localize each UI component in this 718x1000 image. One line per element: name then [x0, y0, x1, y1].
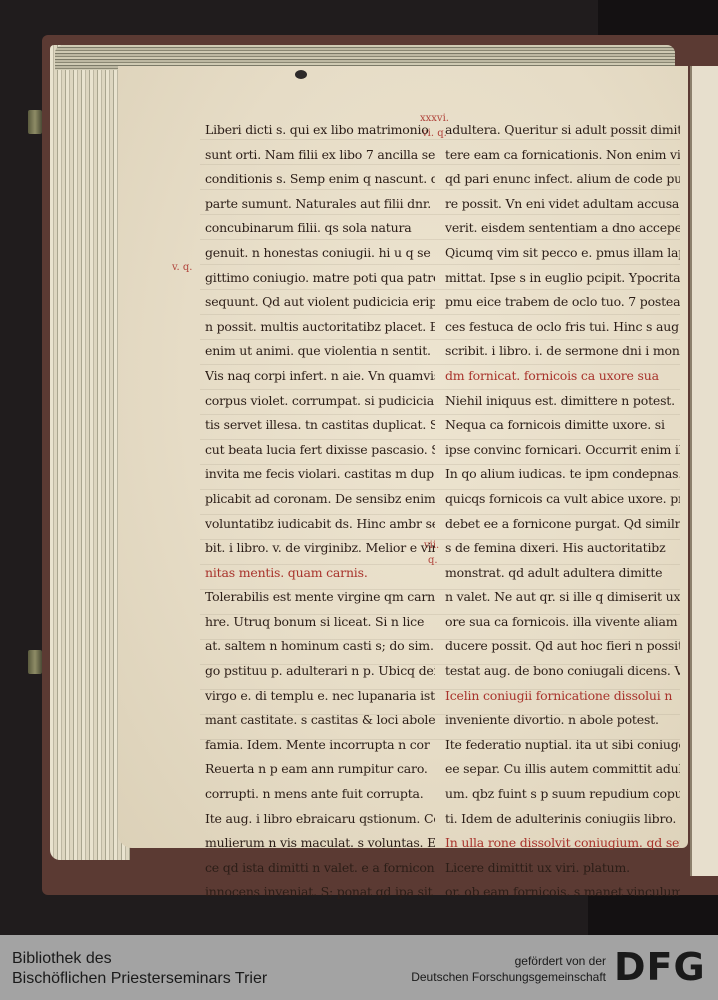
text-line: or. ob eam fornicois. s manet vinculum p [445, 880, 680, 905]
text-line: genuit. n honestas coniugii. hi u q se d… [205, 241, 435, 266]
facing-page-edge [690, 66, 718, 876]
text-line: quicqs fornicois ca vult abice uxore. pr… [445, 487, 680, 512]
text-line: ore sua ca fornicois. illa vivente aliam [445, 610, 680, 635]
library-line-1: Bibliothek des [12, 949, 267, 969]
text-line: n possit. multis auctoritatibz placet. E… [205, 315, 435, 340]
text-line: n valet. Ne aut qr. si ille q dimiserit … [445, 585, 680, 610]
text-line: inveniente divortio. n abole potest. [445, 708, 680, 733]
text-line: virgo e. di templu e. nec lupanaria ista [205, 684, 435, 709]
text-line: um. qbz fuint s p suum repudium copula [445, 782, 680, 807]
text-line: qd pari enunc infect. alium de code puni [445, 167, 680, 192]
text-line: Licere dimittit ux viri. platum. [445, 856, 680, 881]
text-line: voluntatibz iudicabit ds. Hinc ambr se [205, 512, 435, 537]
text-line: mittat. Ipse s in euglio pcipit. Ypocrit… [445, 266, 680, 291]
text-line: invita me fecis violari. castitas m dup [205, 462, 435, 487]
funding-line-2: Deutschen Forschungsgemeinschaft [411, 969, 606, 985]
text-line: mulierum n vis maculat. s voluntas. Ec [205, 831, 435, 856]
text-column-right: adultera. Queritur si adult possit dimit… [445, 118, 680, 905]
text-line: scribit. i libro. i. de sermone dni i mo… [445, 339, 680, 364]
text-line: adultera. Queritur si adult possit dimit [445, 118, 680, 143]
text-line: innocens inveniat. S; ponat qd ipa sit [205, 880, 435, 905]
rubric-line: nitas mentis. quam carnis. [205, 561, 435, 586]
text-line: testat aug. de bono coniugali dicens. Vi [445, 659, 680, 684]
funding-credit: gefördert von der Deutschen Forschungsge… [411, 953, 606, 985]
text-column-left: Liberi dicti s. qui ex libo matrimonio s… [205, 118, 435, 905]
rubric-line: Icelin coniugii fornicatione dissolui n [445, 684, 680, 709]
text-line: cut beata lucia fert dixisse pascasio. S… [205, 438, 435, 463]
ink-blot [295, 70, 307, 79]
library-line-2: Bischöflichen Priesterseminars Trier [12, 969, 267, 989]
text-line: ee separ. Cu illis autem committit adult… [445, 757, 680, 782]
text-line: bit. i libro. v. de virginibz. Melior e … [205, 536, 435, 561]
text-line: s de femina dixeri. His auctoritatibz [445, 536, 680, 561]
text-line: tere eam ca fornicationis. Non enim vide [445, 143, 680, 168]
text-line: mant castitate. s castitas & loci abolet… [205, 708, 435, 733]
text-line: conditionis s. Semp enim q nascunt. dete… [205, 167, 435, 192]
text-line: In qo alium iudicas. te ipm condepnas. Q… [445, 462, 680, 487]
text-line: enim ut animi. que violentia n sentit. [205, 339, 435, 364]
text-line: Qicumq vim sit pecco e. pmus illam lapid… [445, 241, 680, 266]
text-line: verit. eisdem sententiam a dno acceperun… [445, 216, 680, 241]
text-line: ipse convinc fornicari. Occurrit enim il… [445, 438, 680, 463]
text-line: monstrat. qd adult adultera dimitte [445, 561, 680, 586]
text-line: corrupti. n mens ante fuit corrupta. [205, 782, 435, 807]
text-line: gittimo coniugio. matre poti qua patre [205, 266, 435, 291]
text-line: Ite federatio nuptial. ita ut sibi coniu… [445, 733, 680, 758]
marginal-note: v. q. [172, 262, 192, 273]
clasp-icon [28, 650, 42, 674]
text-line: re possit. Vn eni videt adultam accusa [445, 192, 680, 217]
library-name: Bibliothek des Bischöflichen Priestersem… [12, 949, 267, 989]
text-line: famia. Idem. Mente incorrupta n cor [205, 733, 435, 758]
text-line: corpus violet. corrumpat. si pudicicia m… [205, 389, 435, 414]
text-line: Niehil iniquus est. dimittere n potest. [445, 389, 680, 414]
text-line: ces festuca de oclo fris tui. Hinc s aug [445, 315, 680, 340]
text-line: tis servet illesa. tn castitas duplicat.… [205, 413, 435, 438]
funding-line-1: gefördert von der [411, 953, 606, 969]
text-line: sunt orti. Nam filii ex libo 7 ancilla s… [205, 143, 435, 168]
rubric-line: In ulla rone dissolvit coniugium. qd sem… [445, 831, 680, 856]
text-line: Ite aug. i libro ebraicaru qstionum. Cor… [205, 807, 435, 832]
text-line: ti. Idem de adulterinis coniugiis libro.… [445, 807, 680, 832]
text-line: sequunt. Qd aut violent pudicicia eripi [205, 290, 435, 315]
clasp-icon [28, 110, 42, 134]
text-line: pmu eice trabem de oclo tuo. 7 postea ed… [445, 290, 680, 315]
text-line: Nequa ca fornicois dimitte uxore. si [445, 413, 680, 438]
text-line: concubinarum filii. qs sola natura [205, 216, 435, 241]
text-line: parte sumunt. Naturales aut filii dnr. i… [205, 192, 435, 217]
text-line: ce qd ista dimitti n valet. e a fornicon… [205, 856, 435, 881]
footer-banner: Bibliothek des Bischöflichen Priestersem… [0, 935, 718, 1000]
text-line: ducere possit. Qd aut hoc fieri n possit… [445, 634, 680, 659]
dfg-logo: DFG [614, 947, 706, 987]
text-line: Vis naq corpi infert. n aie. Vn quamvis [205, 364, 435, 389]
rubric-line: dm fornicat. fornicois ca uxore sua [445, 364, 680, 389]
text-line: go pstituu p. adulterari n p. Ubicq dei [205, 659, 435, 684]
text-line: at. saltem n hominum casti s; do sim. Vi… [205, 634, 435, 659]
text-line: debet ee a fornicone purgat. Qd similr [445, 512, 680, 537]
text-line: Liberi dicti s. qui ex libo matrimonio [205, 118, 435, 143]
manuscript-scan: v. q. xxxvi. vi. q. vii. q. Liberi dicti… [0, 0, 718, 935]
text-line: Reuerta n p eam ann rumpitur caro. [205, 757, 435, 782]
text-line: Tolerabilis est mente virgine qm carne [205, 585, 435, 610]
text-line: hre. Utruq bonum si liceat. Si n lice [205, 610, 435, 635]
text-line: plicabit ad coronam. De sensibz enim 7 d… [205, 487, 435, 512]
